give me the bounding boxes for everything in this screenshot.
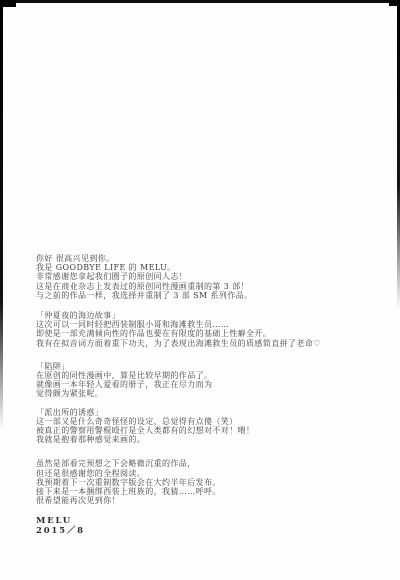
work-title: 「陷阱」 xyxy=(36,362,376,371)
text-line: 我就是抱着那种感觉来画的。 xyxy=(36,435,376,444)
text-line: 与之前的作品一样，我选择并重制了 3 部 SM 系列作品。 xyxy=(36,291,376,300)
work-title: 「仲夏夜的海边故事」 xyxy=(36,311,376,320)
publication-date: 2015／8 xyxy=(36,527,376,537)
text-line: 这是在商业杂志上发表过的原创同性漫画重制的第 3 部！ xyxy=(36,282,376,291)
text-line: 你好 很高兴见到你。 xyxy=(36,254,376,263)
text-line: 接下来是一本捆绑西装上班族的，我猜……呼呼。 xyxy=(36,487,376,496)
signature-block: MELU 2015／8 xyxy=(36,517,376,536)
text-line: 很希望能再次见到你！ xyxy=(36,496,376,505)
scan-edge-left xyxy=(0,0,3,430)
text-line: 在原创的同性漫画中，算是比较早期的作品了。 xyxy=(36,371,376,380)
paragraph-work-trap: 「陷阱」 在原创的同性漫画中，算是比较早期的作品了。 就像画一本年轻人爱看的册子… xyxy=(36,362,376,399)
paragraph-work-midsummer-beach-story: 「仲夏夜的海边故事」 这次可以一同时轻把西装制服小哥和海滩救生员…… 即使是一部… xyxy=(36,311,376,348)
text-line: 这一部又是什么奇奇怪怪的设定，总觉得有点傻（笑） xyxy=(36,417,376,426)
text-line: 但还是很感谢您的全程阅读。 xyxy=(36,469,376,478)
paragraph-closing: 虽然是部看完预想之下会略微沉重的作品， 但还是很感谢您的全程阅读。 我预期着下一… xyxy=(36,459,376,505)
paragraph-work-police-box-temptation: 「派出所的诱惑」 这一部又是什么奇奇怪怪的设定，总觉得有点傻（笑） 被真正的警察… xyxy=(36,408,376,445)
work-title: 「派出所的诱惑」 xyxy=(36,408,376,417)
text-line: 被真正的警察用警棍殴打是全人类都有的幻想对不对！喂！ xyxy=(36,426,376,435)
text-line: 我有在拟音词方面着重下功夫，为了表现出海滩救生员的质感简直拼了老命♡ xyxy=(36,339,376,348)
text-line: 虽然是部看完预想之下会略微沉重的作品， xyxy=(36,459,376,468)
paragraph-greeting: 你好 很高兴见到你。 我是 GOODBYE LIFE 的 MELU。 非常感谢您… xyxy=(36,254,376,300)
scan-edge-top xyxy=(0,0,400,3)
text-line: 我预期着下一次重制数字版会在大约半年后发布。 xyxy=(36,478,376,487)
afterword-page: 你好 很高兴见到你。 我是 GOODBYE LIFE 的 MELU。 非常感谢您… xyxy=(0,0,400,580)
text-line: 觉得颇为紧张呢。 xyxy=(36,389,376,398)
text-line: 非常感谢您拿起我们圈子的原创同人志！ xyxy=(36,272,376,281)
afterword-text: 你好 很高兴见到你。 我是 GOODBYE LIFE 的 MELU。 非常感谢您… xyxy=(36,254,376,536)
text-line: 即使是一部充满倾向性的作品也要在有限度的基础上性癖全开。 xyxy=(36,329,376,338)
author-name: MELU xyxy=(36,517,376,527)
